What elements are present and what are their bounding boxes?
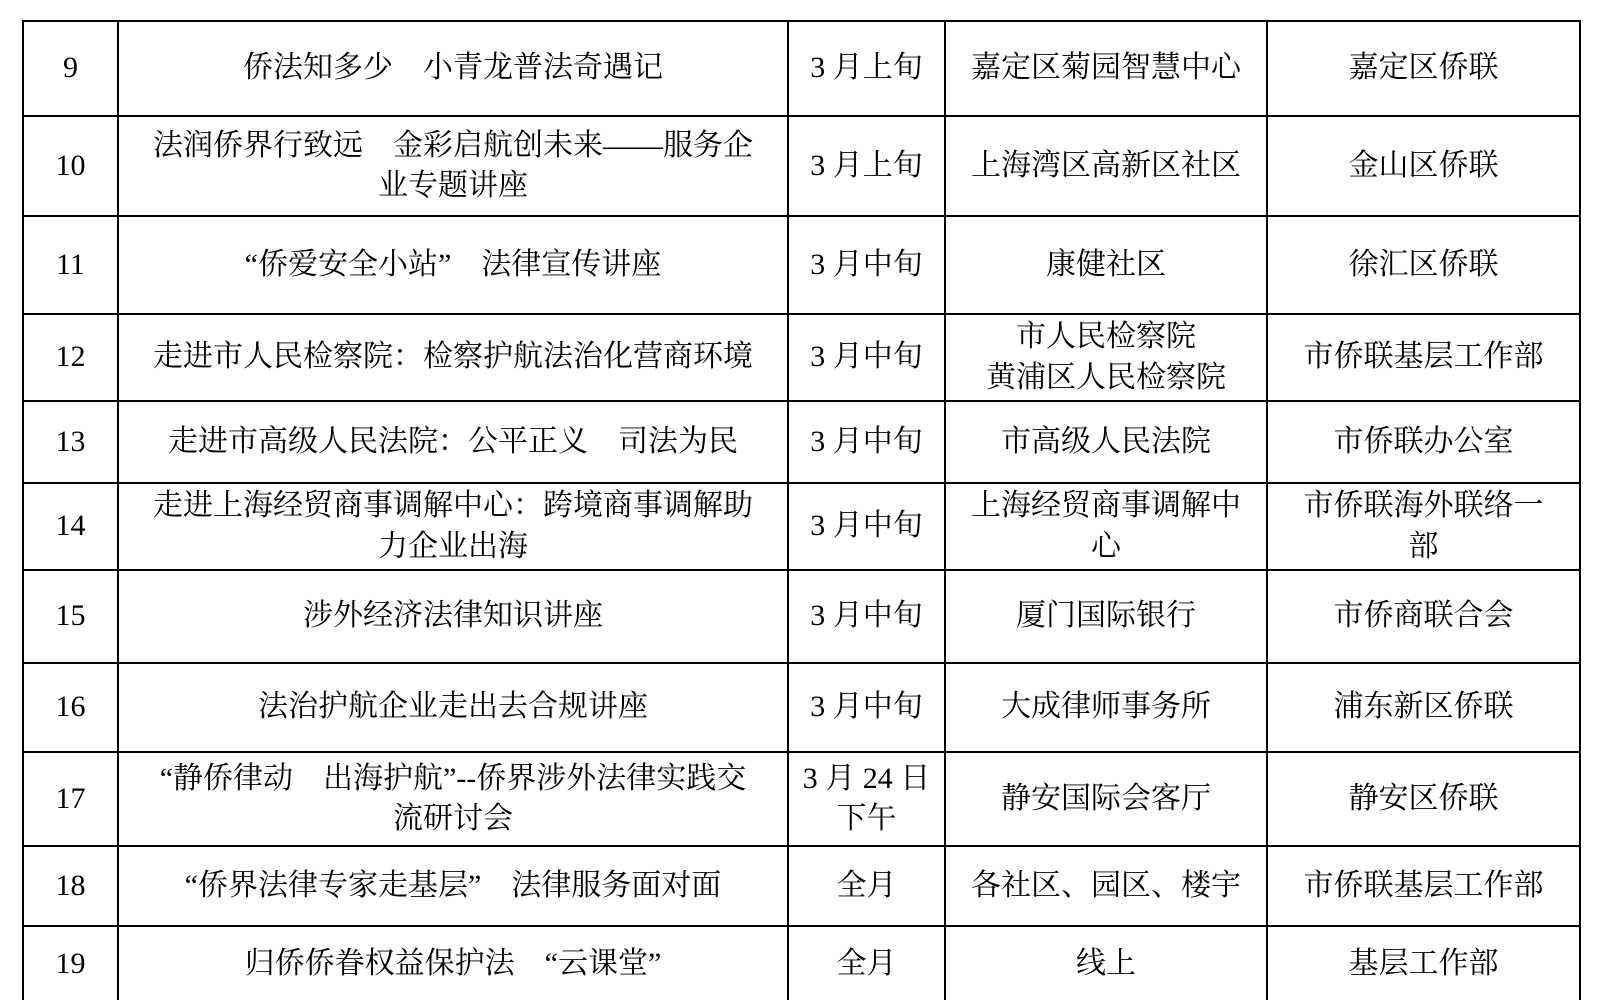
- schedule-table: 9 侨法知多少 小青龙普法奇遇记 3 月上旬 嘉定区菊园智慧中心 嘉定区侨联 1…: [22, 20, 1581, 1000]
- cell-time: 3 月中旬: [788, 570, 945, 663]
- cell-name: 侨法知多少 小青龙普法奇遇记: [118, 21, 788, 116]
- cell-index: 11: [23, 216, 118, 314]
- cell-name: 法润侨界行致远 金彩启航创未来——服务企 业专题讲座: [118, 116, 788, 216]
- cell-organizer: 静安区侨联: [1267, 752, 1580, 846]
- cell-location: 嘉定区菊园智慧中心: [945, 21, 1267, 116]
- cell-organizer: 徐汇区侨联: [1267, 216, 1580, 314]
- cell-location: 上海湾区高新区社区: [945, 116, 1267, 216]
- table-row: 12 走进市人民检察院：检察护航法治化营商环境 3 月中旬 市人民检察院 黄浦区…: [23, 314, 1580, 401]
- cell-time: 3 月中旬: [788, 401, 945, 483]
- cell-time: 3 月上旬: [788, 116, 945, 216]
- cell-time: 3 月 24 日 下午: [788, 752, 945, 846]
- cell-location: 市高级人民法院: [945, 401, 1267, 483]
- cell-time: 全月: [788, 846, 945, 926]
- cell-organizer: 市侨商联合会: [1267, 570, 1580, 663]
- document-page: 9 侨法知多少 小青龙普法奇遇记 3 月上旬 嘉定区菊园智慧中心 嘉定区侨联 1…: [0, 0, 1600, 1000]
- cell-organizer: 浦东新区侨联: [1267, 663, 1580, 752]
- table-row: 11 “侨爱安全小站” 法律宣传讲座 3 月中旬 康健社区 徐汇区侨联: [23, 216, 1580, 314]
- cell-organizer: 市侨联基层工作部: [1267, 846, 1580, 926]
- cell-location: 厦门国际银行: [945, 570, 1267, 663]
- cell-organizer: 市侨联海外联络一 部: [1267, 483, 1580, 570]
- cell-time: 3 月中旬: [788, 663, 945, 752]
- cell-index: 9: [23, 21, 118, 116]
- cell-time: 3 月中旬: [788, 314, 945, 401]
- table-row: 19 归侨侨眷权益保护法 “云课堂” 全月 线上 基层工作部: [23, 926, 1580, 1000]
- table-row: 10 法润侨界行致远 金彩启航创未来——服务企 业专题讲座 3 月上旬 上海湾区…: [23, 116, 1580, 216]
- cell-time: 3 月中旬: [788, 483, 945, 570]
- cell-name: 涉外经济法律知识讲座: [118, 570, 788, 663]
- table-row: 13 走进市高级人民法院：公平正义 司法为民 3 月中旬 市高级人民法院 市侨联…: [23, 401, 1580, 483]
- cell-location: 各社区、园区、楼宇: [945, 846, 1267, 926]
- table-row: 18 “侨界法律专家走基层” 法律服务面对面 全月 各社区、园区、楼宇 市侨联基…: [23, 846, 1580, 926]
- cell-index: 10: [23, 116, 118, 216]
- table-row: 15 涉外经济法律知识讲座 3 月中旬 厦门国际银行 市侨商联合会: [23, 570, 1580, 663]
- cell-time: 3 月上旬: [788, 21, 945, 116]
- cell-location: 大成律师事务所: [945, 663, 1267, 752]
- table-row: 14 走进上海经贸商事调解中心：跨境商事调解助 力企业出海 3 月中旬 上海经贸…: [23, 483, 1580, 570]
- table-row: 9 侨法知多少 小青龙普法奇遇记 3 月上旬 嘉定区菊园智慧中心 嘉定区侨联: [23, 21, 1580, 116]
- cell-location: 线上: [945, 926, 1267, 1000]
- cell-index: 17: [23, 752, 118, 846]
- cell-name: “侨界法律专家走基层” 法律服务面对面: [118, 846, 788, 926]
- cell-location: 市人民检察院 黄浦区人民检察院: [945, 314, 1267, 401]
- cell-name: 走进市高级人民法院：公平正义 司法为民: [118, 401, 788, 483]
- cell-index: 12: [23, 314, 118, 401]
- cell-index: 16: [23, 663, 118, 752]
- cell-organizer: 金山区侨联: [1267, 116, 1580, 216]
- cell-index: 15: [23, 570, 118, 663]
- cell-index: 19: [23, 926, 118, 1000]
- table-row: 17 “静侨律动 出海护航”--侨界涉外法律实践交 流研讨会 3 月 24 日 …: [23, 752, 1580, 846]
- cell-organizer: 市侨联基层工作部: [1267, 314, 1580, 401]
- cell-name: “静侨律动 出海护航”--侨界涉外法律实践交 流研讨会: [118, 752, 788, 846]
- cell-name: 归侨侨眷权益保护法 “云课堂”: [118, 926, 788, 1000]
- cell-name: “侨爱安全小站” 法律宣传讲座: [118, 216, 788, 314]
- cell-location: 上海经贸商事调解中 心: [945, 483, 1267, 570]
- table-row: 16 法治护航企业走出去合规讲座 3 月中旬 大成律师事务所 浦东新区侨联: [23, 663, 1580, 752]
- cell-organizer: 嘉定区侨联: [1267, 21, 1580, 116]
- cell-name: 走进上海经贸商事调解中心：跨境商事调解助 力企业出海: [118, 483, 788, 570]
- cell-organizer: 市侨联办公室: [1267, 401, 1580, 483]
- cell-index: 18: [23, 846, 118, 926]
- cell-time: 全月: [788, 926, 945, 1000]
- cell-index: 13: [23, 401, 118, 483]
- cell-name: 走进市人民检察院：检察护航法治化营商环境: [118, 314, 788, 401]
- cell-index: 14: [23, 483, 118, 570]
- cell-time: 3 月中旬: [788, 216, 945, 314]
- cell-location: 康健社区: [945, 216, 1267, 314]
- cell-location: 静安国际会客厅: [945, 752, 1267, 846]
- cell-organizer: 基层工作部: [1267, 926, 1580, 1000]
- cell-name: 法治护航企业走出去合规讲座: [118, 663, 788, 752]
